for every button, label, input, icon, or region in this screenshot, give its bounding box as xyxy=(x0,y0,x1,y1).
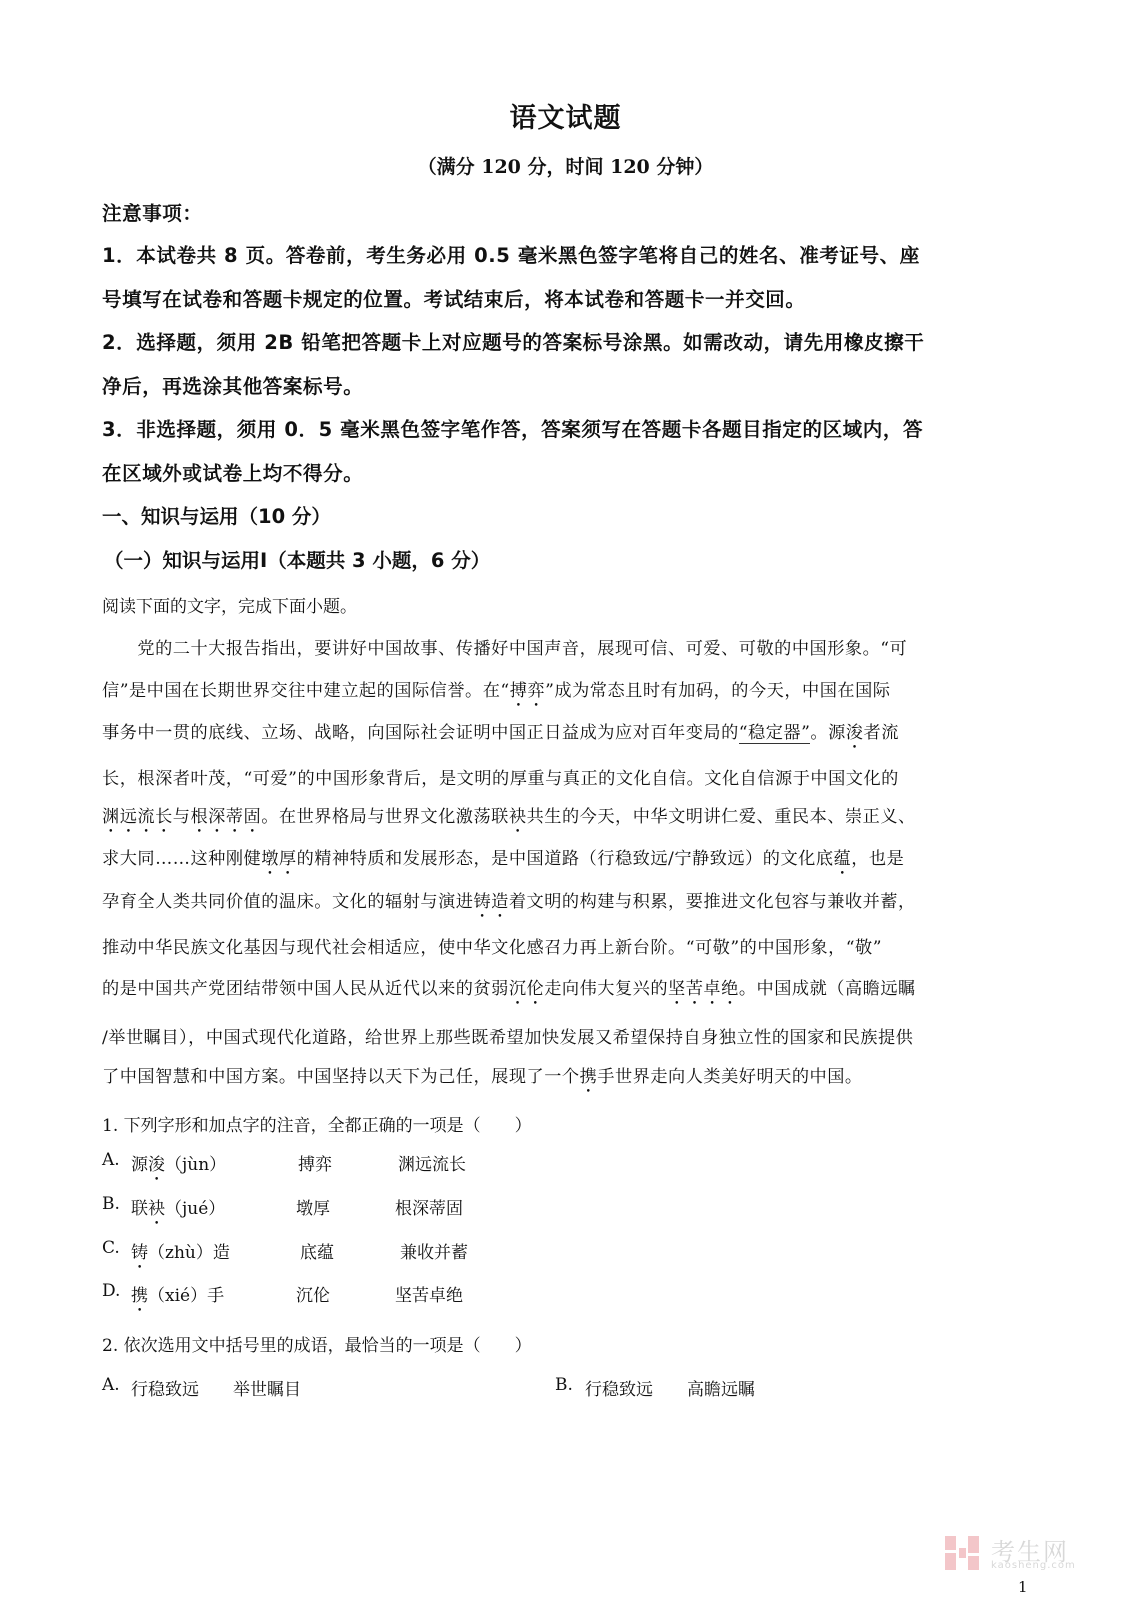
subsection-heading: （一）知识与运用Ⅰ（本题共 3 小题，6 分） xyxy=(104,545,490,573)
notice-heading: 注意事项： xyxy=(102,198,203,226)
passage-line: 事务中一贯的底线、立场、战略，向国际社会证明中国正日益成为应对百年变局的“稳定器… xyxy=(102,718,899,753)
option-label: A. xyxy=(102,1375,120,1395)
passage-line: /举世瞩目），中国式现代化道路，给世界上那些既希望加快发展又希望保持自身独立性的… xyxy=(102,1023,913,1048)
passage-line: 了中国智慧和中国方案。中国坚持以天下为己任，展现了一个携手世界走向人类美好明天的… xyxy=(102,1062,863,1097)
dotted-word: 搏弈 xyxy=(510,681,545,701)
option-item-3: 兼收并蓄 xyxy=(400,1238,468,1263)
option-item-1: 联袂（jué） xyxy=(131,1194,225,1229)
dotted-word: 铸造 xyxy=(473,892,508,912)
passage-line: 孕育全人类共同价值的温床。文化的辐射与演进铸造着文明的构建与积累，要推进文化包容… xyxy=(102,887,916,922)
option-item-2: 底蕴 xyxy=(300,1238,334,1263)
dotted-word: 沉伦 xyxy=(509,979,544,999)
passage-line: 求大同……这种刚健墩厚的精神特质和发展形态，是中国道路（行稳致远/宁静致远）的文… xyxy=(102,844,904,879)
passage-line: 信”是中国在长期世界交往中建立起的国际信誉。在“搏弈”成为常态且时有加码，的今天… xyxy=(102,676,890,711)
option-label: B. xyxy=(555,1375,573,1395)
passage-line: 渊远流长与根深蒂固。在世界格局与世界文化激荡联袂共生的今天，中华文明讲仁爱、重民… xyxy=(102,802,916,837)
option-label: B. xyxy=(102,1194,120,1214)
option-item-3: 坚苦卓绝 xyxy=(395,1281,463,1306)
page-number: 1 xyxy=(1018,1578,1028,1596)
option-item-2: 搏弈 xyxy=(298,1150,332,1175)
option-item-3: 渊远流长 xyxy=(398,1150,466,1175)
exam-duration-subtitle: （满分 120 分，时间 120 分钟） xyxy=(0,152,1131,179)
option-item-1: 铸（zhù）造 xyxy=(131,1238,230,1273)
option-text: 行稳致远 举世瞩目 xyxy=(131,1375,301,1400)
option-item-2: 墩厚 xyxy=(296,1194,330,1219)
option-item-2: 沉伦 xyxy=(296,1281,330,1306)
notice-line: 号填写在试卷和答题卡规定的位置。考试结束后，将本试卷和答题卡一并交回。 xyxy=(102,284,806,312)
dotted-word: 蕴 xyxy=(834,849,852,869)
option-label: D. xyxy=(102,1281,120,1301)
dotted-word: 根深蒂固 xyxy=(190,807,261,827)
question-stem: 2. 依次选用文中括号里的成语，最恰当的一项是（ ） xyxy=(102,1331,532,1356)
option-item-1: 携（xié）手 xyxy=(131,1281,224,1316)
option-item-1: 源浚（jùn） xyxy=(131,1150,226,1185)
notice-line: 3．非选择题，须用 0．5 毫米黑色签字笔作答，答案须写在答题卡各题目指定的区域… xyxy=(102,414,923,442)
passage-line: 推动中华民族文化基因与现代社会相适应，使中华文化感召力再上新台阶。“可敬”的中国… xyxy=(102,933,882,958)
passage-line: 的是中国共产党团结带领中国人民从近代以来的贫弱沉伦走向伟大复兴的坚苦卓绝。中国成… xyxy=(102,974,916,1009)
section-heading: 一、知识与运用（10 分） xyxy=(102,501,331,529)
passage-line: 长，根深者叶茂，“可爱”的中国形象背后，是文明的厚重与真正的文化自信。文化自信源… xyxy=(102,764,899,789)
dotted-word: 渊远流长 xyxy=(102,807,173,827)
option-text: 行稳致远 高瞻远瞩 xyxy=(585,1375,755,1400)
dotted-word: 坚苦卓绝 xyxy=(668,979,739,999)
option-item-3: 根深蒂固 xyxy=(395,1194,463,1219)
reading-instruction: 阅读下面的文字，完成下面小题。 xyxy=(102,592,357,617)
dotted-word: 袂 xyxy=(509,807,527,827)
question-stem: 1. 下列字形和加点字的注音，全都正确的一项是（ ） xyxy=(102,1111,532,1136)
page-title: 语文试题 xyxy=(0,96,1131,135)
dotted-word: 墩厚 xyxy=(261,849,296,869)
notice-line: 2．选择题，须用 2B 铅笔把答题卡上对应题号的答案标号涂黑。如需改动，请先用橡… xyxy=(102,327,924,355)
notice-line: 1．本试卷共 8 页。答卷前，考生务必用 0.5 毫米黑色签字笔将自己的姓名、准… xyxy=(102,240,920,268)
notice-line: 净后，再选涂其他答案标号。 xyxy=(102,371,363,399)
underlined-phrase: “稳定器” xyxy=(739,723,811,744)
dotted-word: 浚 xyxy=(846,723,864,743)
watermark: 考生网 kaosheng.com xyxy=(945,1534,1095,1574)
notice-line: 在区域外或试卷上均不得分。 xyxy=(102,458,363,486)
dotted-word: 携 xyxy=(580,1067,598,1087)
passage-line: 党的二十大报告指出，要讲好中国故事、传播好中国声音，展现可信、可爱、可敬的中国形… xyxy=(102,634,907,659)
exam-page: 语文试题 （满分 120 分，时间 120 分钟） 注意事项： 1．本试卷共 8… xyxy=(0,0,1131,1600)
watermark-url: kaosheng.com xyxy=(991,1560,1076,1571)
kaosheng-logo-icon xyxy=(945,1536,979,1570)
option-label: A. xyxy=(102,1150,120,1170)
option-label: C. xyxy=(102,1238,120,1258)
